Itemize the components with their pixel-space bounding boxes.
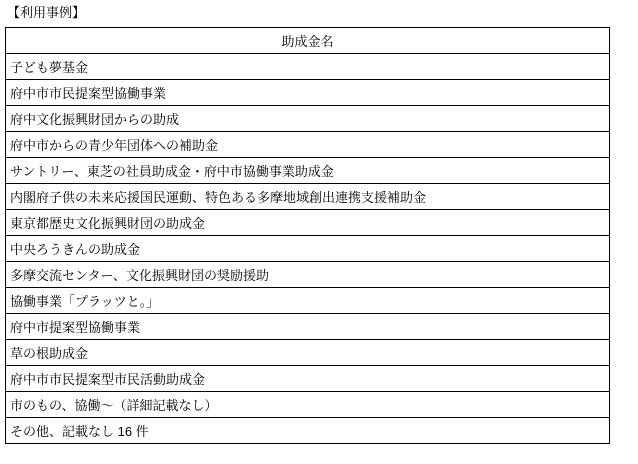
grant-name-cell: 内閣府子供の未来応援国民運動、特色ある多摩地域創出連携支援補助金 — [6, 184, 610, 210]
table-row: 府中市市民提案型市民活動助成金 — [6, 366, 610, 392]
grant-name-cell: 府中文化振興財団からの助成 — [6, 106, 610, 132]
table-row: 府中市市民提案型協働事業 — [6, 80, 610, 106]
table-row: 多摩交流センター、文化振興財団の奨励援助 — [6, 262, 610, 288]
grant-name-cell: その他、記載なし 16 件 — [6, 418, 610, 444]
grant-name-cell: 府中市市民提案型市民活動助成金 — [6, 366, 610, 392]
table-row: 東京都歴史文化振興財団の助成金 — [6, 210, 610, 236]
grant-name-cell: サントリー、東芝の社員助成金・府中市協働事業助成金 — [6, 158, 610, 184]
grant-name-cell: 東京都歴史文化振興財団の助成金 — [6, 210, 610, 236]
table-header-row: 助成金名 — [6, 28, 610, 54]
grant-name-cell: 市のもの、協働～（詳細記載なし） — [6, 392, 610, 418]
grant-name-cell: 協働事業「プラッツと。」 — [6, 288, 610, 314]
grant-name-cell: 府中市提案型協働事業 — [6, 314, 610, 340]
table-row: 府中市提案型協働事業 — [6, 314, 610, 340]
grant-name-cell: 多摩交流センター、文化振興財団の奨励援助 — [6, 262, 610, 288]
page-title: 【利用事例】 — [7, 4, 85, 21]
table-row: 子ども夢基金 — [6, 54, 610, 80]
column-header-grant-name: 助成金名 — [6, 28, 610, 54]
table-row: その他、記載なし 16 件 — [6, 418, 610, 444]
table-row: 中央ろうきんの助成金 — [6, 236, 610, 262]
table-row: 内閣府子供の未来応援国民運動、特色ある多摩地域創出連携支援補助金 — [6, 184, 610, 210]
grant-name-cell: 府中市市民提案型協働事業 — [6, 80, 610, 106]
table-row: 府中文化振興財団からの助成 — [6, 106, 610, 132]
grant-name-cell: 中央ろうきんの助成金 — [6, 236, 610, 262]
table-row: 協働事業「プラッツと。」 — [6, 288, 610, 314]
table-row: 市のもの、協働～（詳細記載なし） — [6, 392, 610, 418]
table-row: 草の根助成金 — [6, 340, 610, 366]
table-row: サントリー、東芝の社員助成金・府中市協働事業助成金 — [6, 158, 610, 184]
grants-table: 助成金名 子ども夢基金 府中市市民提案型協働事業 府中文化振興財団からの助成 府… — [5, 27, 610, 444]
grant-name-cell: 子ども夢基金 — [6, 54, 610, 80]
grant-name-cell: 府中市からの青少年団体への補助金 — [6, 132, 610, 158]
table-row: 府中市からの青少年団体への補助金 — [6, 132, 610, 158]
document-page: 【利用事例】 助成金名 子ども夢基金 府中市市民提案型協働事業 府中文化振興財団… — [0, 0, 638, 464]
grant-name-cell: 草の根助成金 — [6, 340, 610, 366]
